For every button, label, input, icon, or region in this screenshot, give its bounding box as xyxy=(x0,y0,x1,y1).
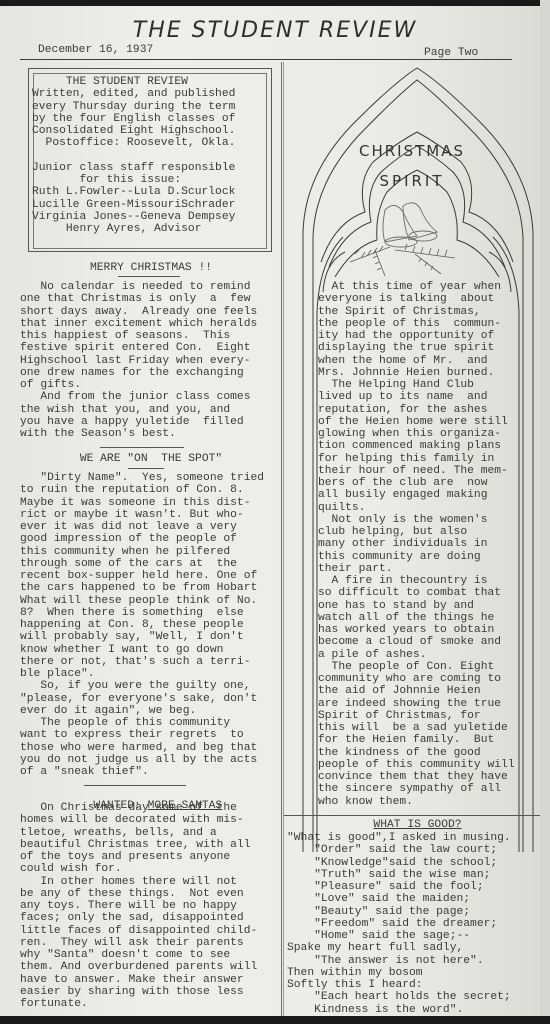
text-line: In other homes there will not xyxy=(20,876,257,888)
text-line: ity had the opportunity of xyxy=(318,330,515,342)
text-line: "Truth" said the wise man; xyxy=(287,869,511,881)
text-line: recent box-supper held here. One of xyxy=(20,570,264,582)
article-separator xyxy=(84,785,186,786)
page-edge xyxy=(540,0,550,1024)
text-line: you have a happy yuletide filled xyxy=(20,416,257,428)
text-line: the cars happened to be from Hobart xyxy=(20,582,264,594)
poem-separator xyxy=(284,815,540,816)
text-line: a pile of ashes. xyxy=(318,649,515,661)
text-line: the people of this commun- xyxy=(318,318,515,330)
text-line: who know them. xyxy=(318,796,515,808)
text-line: The people of this community xyxy=(20,717,264,729)
text-line: THE STUDENT REVIEW xyxy=(32,76,235,88)
text-line: fortunate. xyxy=(20,998,257,1010)
what-is-good-heading: WHAT IS GOOD? xyxy=(295,819,540,831)
text-line: want to express their regrets to xyxy=(20,729,264,741)
text-line: faces; only the sad, disappointed xyxy=(20,912,257,924)
heading-rule xyxy=(128,468,164,469)
text-line: through some of the cars at the xyxy=(20,558,264,570)
text-line: No calendar is needed to remind xyxy=(20,281,257,293)
text-line: of a "sneak thief". xyxy=(20,766,264,778)
text-line: easier by sharing with those less xyxy=(20,986,257,998)
text-line: Not only is the women's xyxy=(318,514,515,526)
text-line: So, if you were the guilty one, xyxy=(20,680,264,692)
text-line: there or not, that's such a terri- xyxy=(20,656,264,668)
text-line: "Home" said the sage;-- xyxy=(287,930,511,942)
column-divider xyxy=(281,62,282,1022)
text-line: of the toys and presents anyone xyxy=(20,851,257,863)
text-line: watch all of the things he xyxy=(318,612,515,624)
text-line: why "Santa" doesn't come to see xyxy=(20,949,257,961)
text-line: any toys. There will be no happy xyxy=(20,900,257,912)
merry-christmas-article: No calendar is needed to remindone that … xyxy=(20,281,257,440)
text-line: Consolidated Eight Highschool. xyxy=(32,125,235,137)
text-line: Virginia Jones--Geneva Dempsey xyxy=(32,211,235,223)
text-line: bers of the club are now xyxy=(318,477,515,489)
text-line: Written, edited, and published xyxy=(32,88,235,100)
text-line: Junior class staff responsible xyxy=(32,162,235,174)
text-line: become a cloud of smoke and xyxy=(318,636,515,648)
text-line: Kindness is the word". xyxy=(287,1004,511,1016)
text-line: displaying the true spirit xyxy=(318,342,515,354)
text-line: Maybe it was someone in this dist- xyxy=(20,497,264,509)
heading-rule xyxy=(118,276,180,277)
text-line: A fire in thecountry is xyxy=(318,575,515,587)
text-line: have to answer. Make their answer xyxy=(20,974,257,986)
text-line: homes will be decorated with mis- xyxy=(20,814,257,826)
text-line: of gifts. xyxy=(20,379,257,391)
text-line: all busily engaged making xyxy=(318,489,515,501)
text-line: are indeed showing the true xyxy=(318,698,515,710)
on-the-spot-article: "Dirty Name". Yes, someone triedto ruin … xyxy=(20,472,264,778)
text-line: "Love" said the maiden; xyxy=(287,893,511,905)
text-line: community who are coming to xyxy=(318,673,515,685)
text-line: ren. They will ask their parents xyxy=(20,937,257,949)
text-line: Ruth L.Fowler--Lula D.Scurlock xyxy=(32,186,235,198)
text-line: "Freedom" said the dreamer; xyxy=(287,918,511,930)
text-line: know whether I want to go down xyxy=(20,644,264,656)
masthead-rule xyxy=(20,59,512,60)
text-line: beautiful Christmas tree, with all xyxy=(20,839,257,851)
text-line: this happiest of seasons. This xyxy=(20,330,257,342)
text-line: could wish for. xyxy=(20,863,257,875)
text-line: "Each heart holds the secret; xyxy=(287,991,511,1003)
text-line: What will these people think of No. xyxy=(20,595,264,607)
text-line: The Helping Hand Club xyxy=(318,379,515,391)
text-line: "Dirty Name". Yes, someone tried xyxy=(20,472,264,484)
christmas-spirit-title: CHRISTMAS xyxy=(352,142,472,160)
text-line: "What is good",I asked in musing. xyxy=(287,832,511,844)
text-line: them. And overburdened parents will xyxy=(20,961,257,973)
text-line: one drew names for the exchanging xyxy=(20,367,257,379)
text-line: will probably say, "Well, I don't xyxy=(20,631,264,643)
text-line: their part. xyxy=(318,563,515,575)
text-line: Then within my bosom xyxy=(287,967,511,979)
text-line: Softly this I heard: xyxy=(287,979,511,991)
text-line: festive spirit entered Con. Eight xyxy=(20,342,257,354)
text-line: of the Heien home were still xyxy=(318,416,515,428)
text-line: On Christmas day some of the xyxy=(20,802,257,814)
text-line: tion commenced making plans xyxy=(318,440,515,452)
more-santas-article: On Christmas day some of thehomes will b… xyxy=(20,802,257,1010)
text-line: little faces of disappointed child- xyxy=(20,925,257,937)
text-line: The people of Con. Eight xyxy=(318,661,515,673)
text-line: happening at Con. 8, these people xyxy=(20,619,264,631)
bells-and-holly-icon xyxy=(345,192,460,278)
on-the-spot-heading: WE ARE "ON THE SPOT" xyxy=(20,453,282,465)
text-line: for helping this family in xyxy=(318,453,515,465)
text-line: be any of these things. Not even xyxy=(20,888,257,900)
text-line: tletoe, wreaths, bells, and a xyxy=(20,827,257,839)
text-line: "Pleasure" said the fool; xyxy=(287,881,511,893)
article-separator xyxy=(100,447,184,448)
column-divider-inner xyxy=(283,62,284,1022)
text-line: short days away. Already one feels xyxy=(20,306,257,318)
text-line: everyone is talking about xyxy=(318,293,515,305)
text-line: Lucille Green-MissouriSchrader xyxy=(32,199,235,211)
staff-box-text: THE STUDENT REVIEWWritten, edited, and p… xyxy=(32,76,235,235)
text-line: this community are doing xyxy=(318,551,515,563)
text-line: Spirit of Christmas, for xyxy=(318,710,515,722)
text-line: so difficult to combat that xyxy=(318,587,515,599)
text-line: lived up to its name and xyxy=(318,391,515,403)
text-line: for this issue: xyxy=(32,174,235,186)
text-line: people of this community will xyxy=(318,759,515,771)
scan-border xyxy=(0,1016,550,1024)
text-line: quilts. xyxy=(318,502,515,514)
text-line: At this time of year when xyxy=(318,281,515,293)
text-line: by the four English classes of xyxy=(32,113,235,125)
text-line: when the home of Mr. and xyxy=(318,355,515,367)
text-line: Highschool last Friday when every- xyxy=(20,355,257,367)
text-line: rict or maybe it wasn't. But who- xyxy=(20,509,264,521)
text-line: "Order" said the law court; xyxy=(287,844,511,856)
text-line: the kindness of the good xyxy=(318,747,515,759)
text-line: the sincere sympathy of all xyxy=(318,783,515,795)
text-line xyxy=(32,150,235,162)
text-line: Henry Ayres, Advisor xyxy=(32,223,235,235)
text-line: for the Heien family. But xyxy=(318,734,515,746)
page-number: Page Two xyxy=(424,47,478,59)
text-line: this will be a sad yuletide xyxy=(318,722,515,734)
text-line: club helping, but also xyxy=(318,526,515,538)
text-line: the Spirit of Christmas, xyxy=(318,306,515,318)
text-line: reputation, for the ashes xyxy=(318,404,515,416)
text-line: you do not judge us all by the acts xyxy=(20,754,264,766)
text-line: And from the junior class comes xyxy=(20,391,257,403)
text-line: Spake my heart full sadly, xyxy=(287,942,511,954)
issue-date: December 16, 1937 xyxy=(38,44,153,56)
text-line: those who were harmed, and beg that xyxy=(20,742,264,754)
text-line: "The answer is not here". xyxy=(287,955,511,967)
text-line: has worked years to obtain xyxy=(318,624,515,636)
text-line: "Knowledge"said the school; xyxy=(287,857,511,869)
text-line: good impression of the people of xyxy=(20,533,264,545)
text-line: "please, for everyone's sake, don't xyxy=(20,693,264,705)
text-line: 8? When there is something else xyxy=(20,607,264,619)
text-line: with the Season's best. xyxy=(20,428,257,440)
newspaper-masthead: THE STUDENT REVIEW xyxy=(0,18,550,43)
christmas-spirit-subtitle: SPIRIT xyxy=(352,172,472,190)
text-line: Mrs. Johnnie Heien burned. xyxy=(318,367,515,379)
text-line: ble place". xyxy=(20,668,264,680)
text-line: convince them that they have xyxy=(318,771,515,783)
text-line: "Beauty" said the page; xyxy=(287,906,511,918)
what-is-good-poem: "What is good",I asked in musing. "Order… xyxy=(287,832,511,1016)
text-line: one has to stand by and xyxy=(318,600,515,612)
text-line: the wish that you, and you, and xyxy=(20,404,257,416)
text-line: this community when he pilfered xyxy=(20,546,264,558)
text-line: the aid of Johnnie Heien xyxy=(318,685,515,697)
text-line: glowing when this organiza- xyxy=(318,428,515,440)
text-line: that inner excitement which heralds xyxy=(20,318,257,330)
text-line: one that Christmas is only a few xyxy=(20,293,257,305)
text-line: to ruin the reputation of Con. 8. xyxy=(20,484,264,496)
text-line: their hour of need. The mem- xyxy=(318,465,515,477)
text-line: ever do it again", we beg. xyxy=(20,705,264,717)
text-line: ever it was did not leave a very xyxy=(20,521,264,533)
merry-christmas-heading: MERRY CHRISTMAS !! xyxy=(20,262,282,274)
text-line: Postoffice: Roosevelt, Okla. xyxy=(32,137,235,149)
text-line: many other individuals in xyxy=(318,538,515,550)
christmas-spirit-article: At this time of year wheneveryone is tal… xyxy=(318,281,515,808)
text-line: every Thursday during the term xyxy=(32,101,235,113)
